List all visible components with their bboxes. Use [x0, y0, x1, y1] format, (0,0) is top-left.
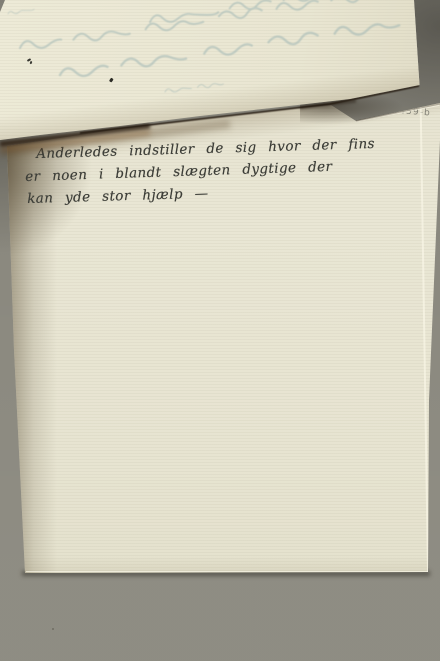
paper-edge-highlight — [414, 0, 421, 86]
photo-backdrop: N.1459-b Anderledes indstiller de sig hv… — [0, 0, 440, 661]
ink-speck — [30, 61, 32, 64]
handwriting-line-3: kan yde stor hjælp — — [27, 186, 209, 207]
catalog-number: N.1459-b — [380, 105, 431, 118]
handwriting-line-2: er noen i blandt slægten dygtige der — [25, 159, 333, 185]
page-shading — [20, 556, 432, 576]
dust-speck — [52, 628, 54, 630]
paper-edge-highlight — [420, 106, 429, 572]
ink-speck — [109, 78, 113, 82]
paper-edge-highlight — [26, 571, 428, 573]
